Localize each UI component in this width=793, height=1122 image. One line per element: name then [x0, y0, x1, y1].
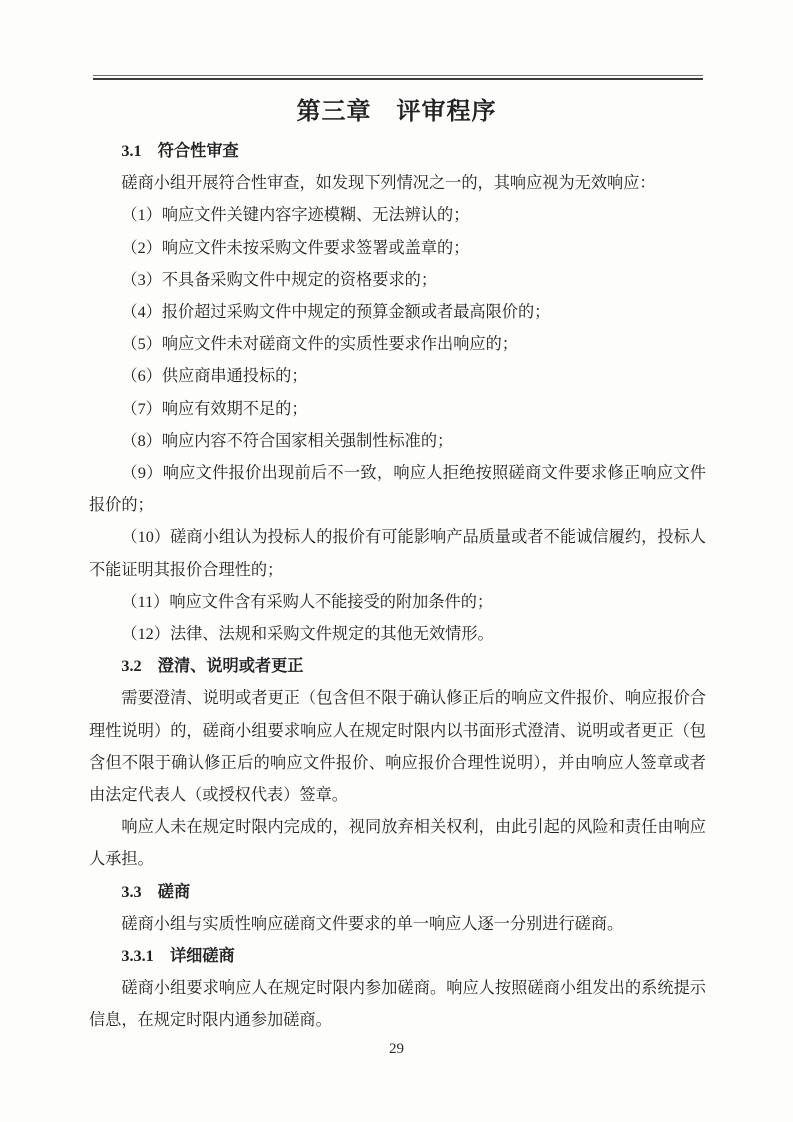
- document-body: 3.1 符合性审查 磋商小组开展符合性审查，如发现下列情况之一的，其响应视为无效…: [89, 135, 706, 1037]
- paragraph-clarification: 需要澄清、说明或者更正（包含但不限于确认修正后的响应文件报价、响应报价合理性说明…: [89, 682, 706, 811]
- list-item-8: （8）响应内容不符合国家相关强制性标准的；: [89, 425, 706, 457]
- list-item-12: （12）法律、法规和采购文件规定的其他无效情形。: [89, 618, 706, 650]
- list-item-1: （1）响应文件关键内容字迹模糊、无法辨认的；: [89, 199, 706, 231]
- list-item-5: （5）响应文件未对磋商文件的实质性要求作出响应的；: [89, 328, 706, 360]
- document-page: 第三章 评审程序 3.1 符合性审查 磋商小组开展符合性审查，如发现下列情况之一…: [0, 0, 793, 1122]
- list-item-4: （4）报价超过采购文件中规定的预算金额或者最高限价的；: [89, 296, 706, 328]
- section-heading-3-2: 3.2 澄清、说明或者更正: [89, 650, 706, 682]
- list-item-9: （9）响应文件报价出现前后不一致，响应人拒绝按照磋商文件要求修正响应文件报价的；: [89, 457, 706, 521]
- page-number: 29: [0, 1040, 793, 1058]
- section-heading-3-3-1: 3.3.1 详细磋商: [89, 940, 706, 972]
- section-heading-3-1: 3.1 符合性审查: [89, 135, 706, 167]
- list-item-10: （10）磋商小组认为投标人的报价有可能影响产品质量或者不能诚信履约，投标人不能证…: [89, 521, 706, 585]
- list-item-11: （11）响应文件含有采购人不能接受的附加条件的；: [89, 586, 706, 618]
- paragraph-negotiation: 磋商小组与实质性响应磋商文件要求的单一响应人逐一分别进行磋商。: [89, 908, 706, 940]
- list-item-2: （2）响应文件未按采购文件要求签署或盖章的；: [89, 232, 706, 264]
- chapter-title: 第三章 评审程序: [0, 97, 793, 127]
- list-item-6: （6）供应商串通投标的；: [89, 360, 706, 392]
- header-double-rule: [93, 75, 703, 80]
- section-heading-3-3: 3.3 磋商: [89, 876, 706, 908]
- list-item-3: （3）不具备采购文件中规定的资格要求的；: [89, 264, 706, 296]
- paragraph-deadline-forfeit: 响应人未在规定时限内完成的，视同放弃相关权利，由此引起的风险和责任由响应人承担。: [89, 811, 706, 875]
- intro-paragraph: 磋商小组开展符合性审查，如发现下列情况之一的，其响应视为无效响应：: [89, 167, 706, 199]
- paragraph-detailed-negotiation: 磋商小组要求响应人在规定时限内参加磋商。响应人按照磋商小组发出的系统提示信息，在…: [89, 972, 706, 1036]
- list-item-7: （7）响应有效期不足的；: [89, 393, 706, 425]
